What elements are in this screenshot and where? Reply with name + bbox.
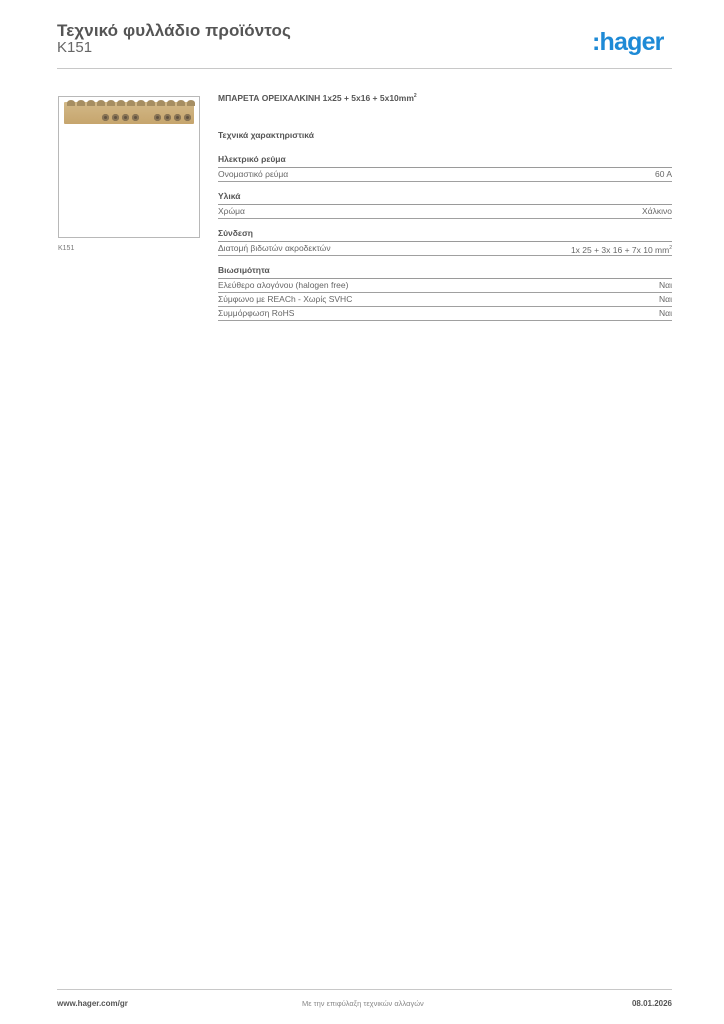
spec-group: ΒιωσιμότηταΕλεύθερο αλογόνου (halogen fr… — [218, 265, 672, 321]
spec-value: Ναι — [659, 279, 672, 292]
spec-value: 60 A — [655, 168, 672, 181]
spec-label: Ελεύθερο αλογόνου (halogen free) — [218, 279, 348, 292]
footer-date: 08.01.2026 — [632, 999, 672, 1008]
footer-website-link[interactable]: www.hager.com/gr — [57, 999, 128, 1008]
spec-group: Ηλεκτρικό ρεύμαΟνομαστικό ρεύμα60 A — [218, 154, 672, 182]
spec-label: Συμμόρφωση RoHS — [218, 307, 294, 320]
spec-group-title: Βιωσιμότητα — [218, 265, 672, 279]
spec-row: Σύμφωνο με REACh - Χωρίς SVHCΝαι — [218, 293, 672, 307]
spec-label: Σύμφωνο με REACh - Χωρίς SVHC — [218, 293, 352, 306]
spec-value: Ναι — [659, 293, 672, 306]
spec-row: ΧρώμαΧάλκινο — [218, 205, 672, 219]
spec-row: Συμμόρφωση RoHSΝαι — [218, 307, 672, 321]
spec-group: ΥλικάΧρώμαΧάλκινο — [218, 191, 672, 219]
spec-groups: Ηλεκτρικό ρεύμαΟνομαστικό ρεύμα60 AΥλικά… — [218, 154, 672, 321]
document-title: Τεχνικό φυλλάδιο προϊόντος — [57, 21, 291, 41]
specs-heading: Τεχνικά χαρακτηριστικά — [218, 130, 672, 154]
spec-row: Διατομή βιδωτών ακροδεκτών1x 25 + 3x 16 … — [218, 242, 672, 256]
spec-value: 1x 25 + 3x 16 + 7x 10 mm2 — [571, 242, 672, 255]
spec-content: ΜΠΑΡΕΤΑ ΟΡΕΙΧΑΛΚΙΝΗ 1x25 + 5x16 + 5x10mm… — [218, 93, 672, 321]
spec-value: Ναι — [659, 307, 672, 320]
spec-group-title: Ηλεκτρικό ρεύμα — [218, 154, 672, 168]
product-image-frame — [58, 96, 200, 238]
spec-group-title: Υλικά — [218, 191, 672, 205]
footer-disclaimer: Με την επιφύλαξη τεχνικών αλλαγών — [302, 999, 424, 1008]
spec-label: Ονομαστικό ρεύμα — [218, 168, 288, 181]
spec-group: ΣύνδεσηΔιατομή βιδωτών ακροδεκτών1x 25 +… — [218, 228, 672, 256]
spec-value: Χάλκινο — [642, 205, 672, 218]
spec-row: Ονομαστικό ρεύμα60 A — [218, 168, 672, 182]
spec-label: Χρώμα — [218, 205, 245, 218]
spec-group-title: Σύνδεση — [218, 228, 672, 242]
header-divider — [57, 68, 672, 69]
product-image-caption: K151 — [58, 245, 74, 252]
product-title: ΜΠΑΡΕΤΑ ΟΡΕΙΧΑΛΚΙΝΗ 1x25 + 5x16 + 5x10mm… — [218, 93, 672, 130]
spec-row: Ελεύθερο αλογόνου (halogen free)Ναι — [218, 279, 672, 293]
hager-logo: :hager — [592, 28, 664, 56]
footer-divider — [57, 989, 672, 990]
spec-label: Διατομή βιδωτών ακροδεκτών — [218, 242, 331, 255]
brass-busbar-image — [64, 102, 194, 124]
product-code: K151 — [57, 39, 92, 56]
